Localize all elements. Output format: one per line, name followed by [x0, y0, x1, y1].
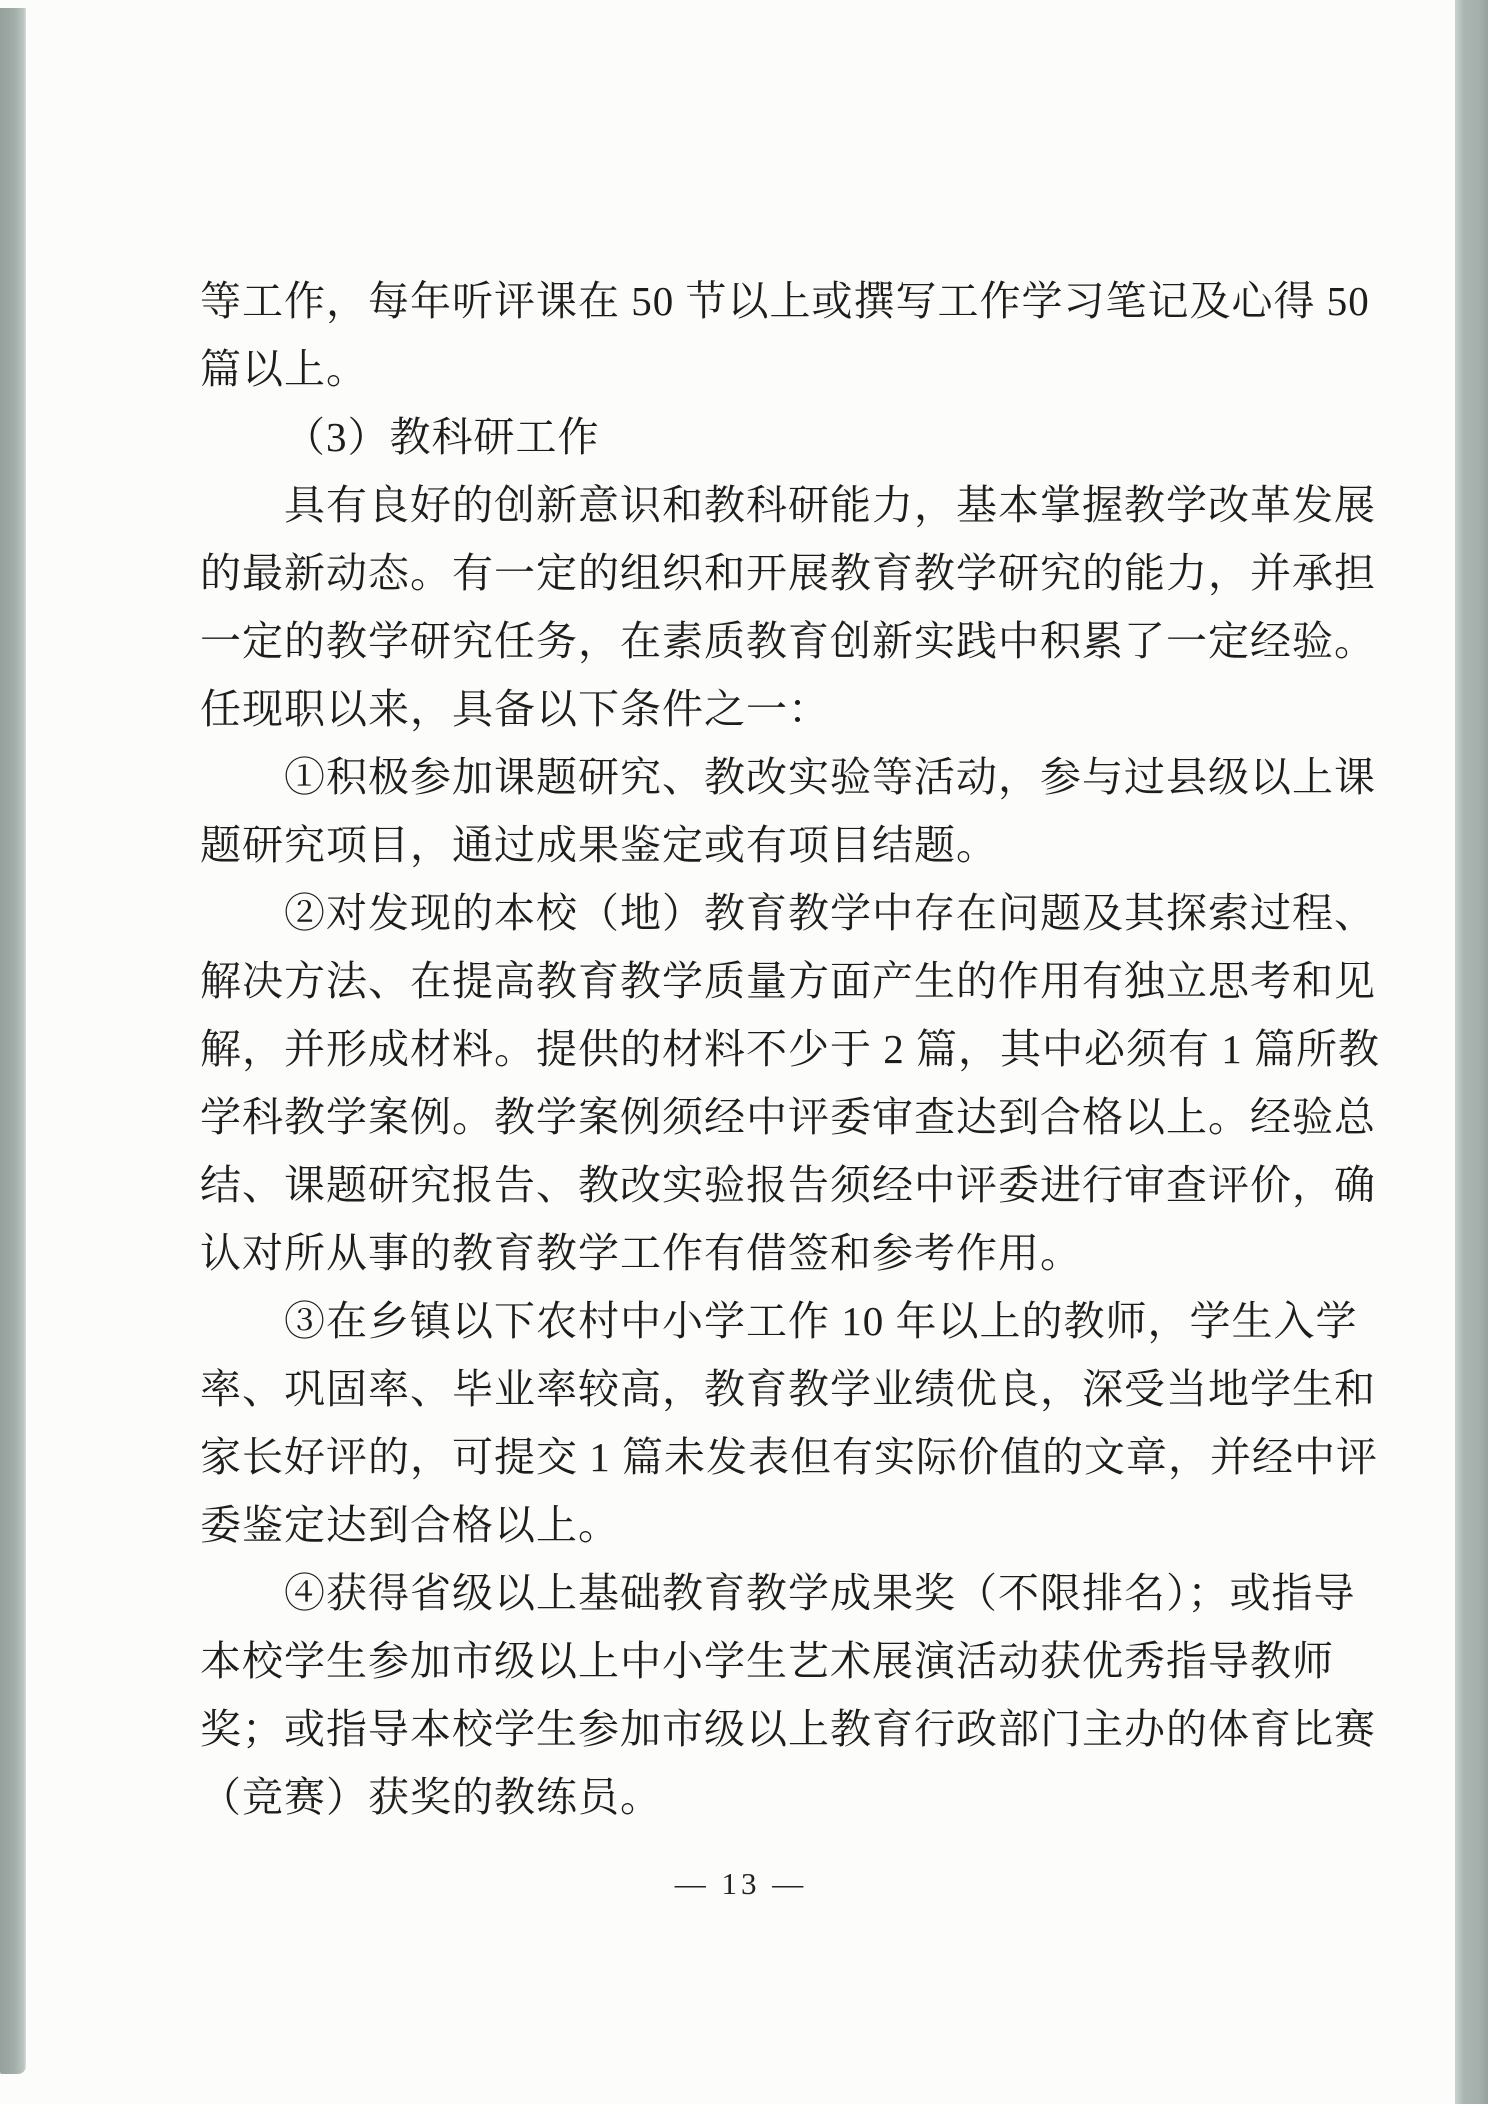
text-line: 解决方法、在提高教育教学质量方面产生的作用有独立思考和见 — [200, 947, 1360, 1015]
text-line: ①积极参加课题研究、教改实验等活动，参与过县级以上课 — [200, 743, 1360, 811]
scanned-document-page: 等工作，每年听评课在 50 节以上或撰写工作学习笔记及心得 50篇以上。（3）教… — [0, 0, 1488, 2104]
text-line: 本校学生参加市级以上中小学生艺术展演活动获优秀指导教师 — [200, 1627, 1360, 1695]
text-line: 具有良好的创新意识和教科研能力，基本掌握教学改革发展 — [200, 471, 1360, 539]
text-line: 委鉴定达到合格以上。 — [200, 1491, 1360, 1559]
text-line: ③在乡镇以下农村中小学工作 10 年以上的教师，学生入学 — [200, 1287, 1360, 1355]
text-line: 篇以上。 — [200, 335, 1360, 403]
text-line: ④获得省级以上基础教育教学成果奖（不限排名）；或指导 — [200, 1559, 1360, 1627]
scan-edge-right — [1455, 0, 1488, 2104]
text-line: （竞赛）获奖的教练员。 — [200, 1763, 1360, 1831]
text-line: 任现职以来，具备以下条件之一： — [200, 675, 1360, 743]
text-line: 题研究项目，通过成果鉴定或有项目结题。 — [200, 811, 1360, 879]
document-body: 等工作，每年听评课在 50 节以上或撰写工作学习笔记及心得 50篇以上。（3）教… — [200, 267, 1360, 1831]
scan-edge-left — [0, 8, 26, 2074]
text-line: 等工作，每年听评课在 50 节以上或撰写工作学习笔记及心得 50 — [200, 267, 1360, 335]
text-line: 学科教学案例。教学案例须经中评委审查达到合格以上。经验总 — [200, 1083, 1360, 1151]
text-line: （3）教科研工作 — [200, 403, 1360, 471]
page-number: — 13 — — [0, 1866, 1482, 1902]
text-line: 解，并形成材料。提供的材料不少于 2 篇，其中必须有 1 篇所教 — [200, 1015, 1360, 1083]
text-line: 率、巩固率、毕业率较高，教育教学业绩优良，深受当地学生和 — [200, 1355, 1360, 1423]
text-line: 认对所从事的教育教学工作有借签和参考作用。 — [200, 1219, 1360, 1287]
text-line: ②对发现的本校（地）教育教学中存在问题及其探索过程、 — [200, 879, 1360, 947]
text-line: 家长好评的，可提交 1 篇未发表但有实际价值的文章，并经中评 — [200, 1423, 1360, 1491]
text-line: 的最新动态。有一定的组织和开展教育教学研究的能力，并承担 — [200, 539, 1360, 607]
text-line: 结、课题研究报告、教改实验报告须经中评委进行审查评价，确 — [200, 1151, 1360, 1219]
text-line: 一定的教学研究任务，在素质教育创新实践中积累了一定经验。 — [200, 607, 1360, 675]
text-line: 奖；或指导本校学生参加市级以上教育行政部门主办的体育比赛 — [200, 1695, 1360, 1763]
